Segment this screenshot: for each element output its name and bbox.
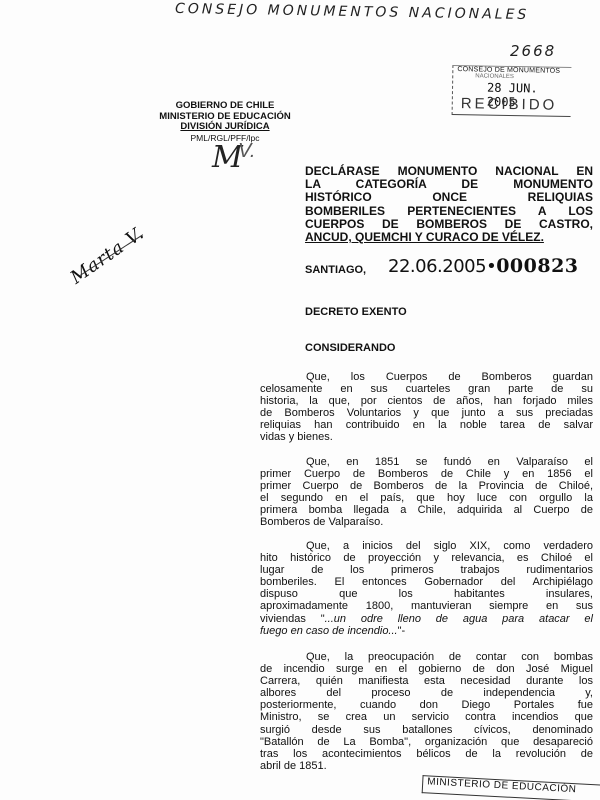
handwritten-initials-extra: V. [238, 140, 255, 163]
paragraph-line: de incendio surge en el gobierno de don … [260, 663, 593, 675]
handwritten-reference-number: 2668 [510, 42, 556, 60]
paragraph-line: el segundo en el país, que hoy luce con … [260, 492, 593, 504]
paragraph-line: hito histórico de proyección y relevanci… [260, 552, 593, 564]
title-line: HISTÓRICO ONCE RELIQUIAS [305, 191, 593, 204]
paragraph-line: albores del proceso de independencia y, [260, 687, 593, 699]
paragraph-line: primera bomba llegada a Chile, adquirida… [260, 504, 593, 516]
paragraph-line: Que, la preocupación de contar con bomba… [260, 651, 593, 663]
gov-line-3: DIVISIÓN JURÍDICA [150, 122, 300, 133]
decree-type: DECRETO EXENTO [305, 306, 407, 318]
dateline-place: SANTIAGO, [305, 264, 366, 276]
paragraph-line: dispuso que los habitantes insulares, [260, 588, 593, 600]
paragraph-line: reliquias han contribuido en la noble ta… [260, 419, 593, 431]
dateline-separator: • [486, 256, 496, 277]
decree-number: 000823 [496, 255, 578, 277]
paragraph-line: abril de 1851. [260, 760, 593, 772]
government-header: GOBIERNO DE CHILE MINISTERIO DE EDUCACIÓ… [150, 101, 300, 143]
received-stamp: CONSEJO DE MONUMENTOS NACIONALES 28 JUN.… [452, 65, 572, 117]
paragraph-1: Que, los Cuerpos de Bomberos guardancelo… [260, 371, 593, 444]
paragraph-4: Que, la preocupación de contar con bomba… [260, 651, 593, 772]
paragraph-line: Que, en 1851 se fundó en Valparaíso el [260, 456, 593, 468]
paragraph-line: Bomberos de Valparaíso. [260, 516, 593, 528]
stamp-label: RECIBIDO [461, 95, 558, 114]
gov-line-1: GOBIERNO DE CHILE [150, 101, 300, 112]
section-heading: CONSIDERANDO [305, 342, 395, 354]
paragraph-line: Ministro, se crea un servicio contra inc… [260, 711, 593, 723]
paragraph-line: primer Cuerpo de Bomberos de Chile y en … [260, 468, 593, 480]
paragraph-2: Que, en 1851 se fundó en Valparaíso elpr… [260, 456, 593, 529]
paragraph-line: bomberiles. El entonces Gobernador del A… [260, 576, 593, 588]
paragraph-line: aproximadamente 1800, mantuvieran siempr… [260, 600, 593, 612]
paragraph-line: primer Cuerpo de Bomberos de la Provinci… [260, 480, 593, 492]
paragraph-line: tras los acontecimientos bélicos de la r… [260, 748, 593, 760]
paragraph-line: Carrera, quién manifiesta esta necesidad… [260, 675, 593, 687]
handwritten-note-consejo: CONSEJO MONUMENTOS NACIONALES [175, 1, 530, 23]
dateline-date: 22.06.2005 [388, 256, 486, 277]
title-line: ANCUD, QUEMCHI Y CURACO DE VÉLEZ. [305, 231, 593, 244]
paragraph-line: posteriormente, cuando don Diego Portale… [260, 699, 593, 711]
stamp-org-line2: NACIONALES [475, 73, 514, 80]
paragraph-line: viviendas "...un odre lleno de agua para… [260, 613, 593, 625]
paragraph-line: celosamente en sus cuarteles gran parte … [260, 383, 593, 395]
paragraph-line: surgió desde sus batallones cívicos, den… [260, 724, 593, 736]
ministry-stamp: MINISTERIO DE EDUCACIÓN [422, 775, 600, 800]
paragraph-line: fuego en caso de incendio..."- [260, 625, 593, 637]
paragraph-line: lugar de los primeros trabajos rudimenta… [260, 564, 593, 576]
paragraph-line: historia, la que, por cientos de años, h… [260, 395, 593, 407]
paragraph-line: vidas y bienes. [260, 431, 593, 443]
paragraph-line: Que, a inicios del siglo XIX, como verda… [260, 540, 593, 552]
title-line: BOMBERILES PERTENECIENTES A LOS [305, 205, 593, 218]
paragraph-3: Que, a inicios del siglo XIX, como verda… [260, 540, 593, 637]
dateline-date-number: 22.06.2005•000823 [388, 255, 579, 277]
paragraph-line: "Batallón de La Bomba", organización que… [260, 736, 593, 748]
paragraph-line: Que, los Cuerpos de Bomberos guardan [260, 371, 593, 383]
paragraph-line: de Bomberos Voluntarios y que junto a su… [260, 407, 593, 419]
decree-title: DECLÁRASE MONUMENTO NACIONAL ENLA CATEGO… [305, 165, 593, 244]
